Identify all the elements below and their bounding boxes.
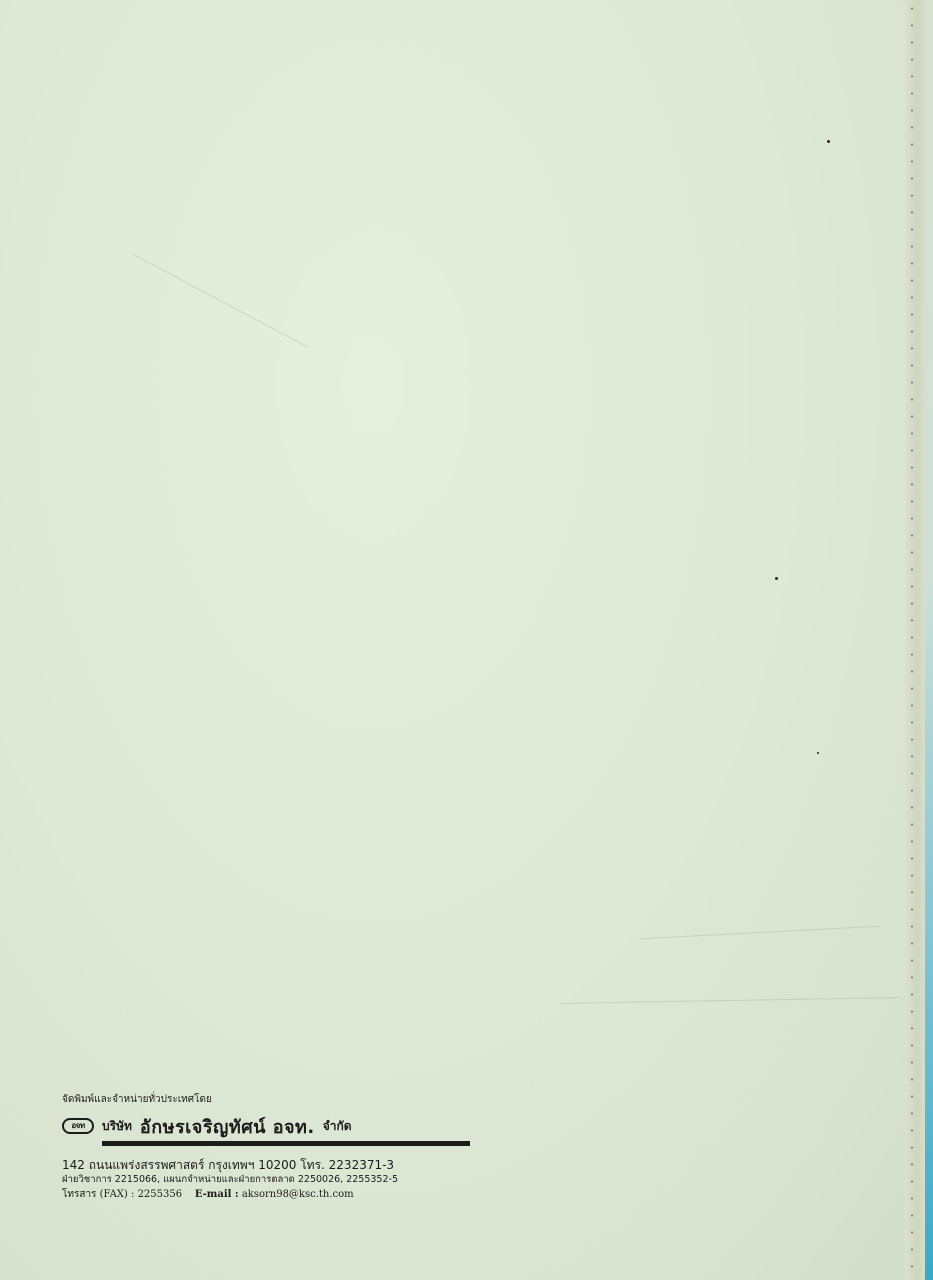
paper-speck bbox=[775, 577, 778, 580]
contact-line: โทรสาร (FAX) : 2255356 E-mail : aksorn98… bbox=[62, 1187, 482, 1202]
paper-crease bbox=[131, 253, 308, 348]
gear-logo-icon: อจท bbox=[62, 1118, 94, 1134]
back-cover bbox=[0, 0, 933, 1280]
publisher-tagline: จัดพิมพ์และจำหน่ายทั่วประเทศโดย bbox=[62, 1093, 482, 1107]
publisher-address: 142 ถนนแพร่งสรรพศาสตร์ กรุงเทพฯ 10200 โท… bbox=[62, 1157, 482, 1173]
paper-crease bbox=[640, 926, 880, 940]
company-name: อักษรเจริญทัศน์ อจท. bbox=[140, 1112, 315, 1141]
email-address: aksorn98@ksc.th.com bbox=[242, 1189, 354, 1200]
fax-number: 2255356 bbox=[138, 1189, 183, 1200]
company-suffix: จำกัด bbox=[323, 1117, 352, 1136]
paper-speck bbox=[827, 140, 830, 143]
paper-crease bbox=[560, 997, 900, 1004]
paper-speck bbox=[817, 752, 819, 754]
fax-label: โทรสาร (FAX) : bbox=[62, 1189, 134, 1200]
staple-holes bbox=[910, 0, 914, 1280]
department-phones: ฝ่ายวิชาการ 2215066, แผนกจำหน่ายและฝ่ายก… bbox=[62, 1173, 482, 1187]
company-row: อจท บริษัท อักษรเจริญทัศน์ อจท. จำกัด bbox=[62, 1113, 482, 1139]
divider-rule bbox=[102, 1141, 470, 1146]
spine-fold bbox=[905, 0, 925, 1280]
publisher-block: จัดพิมพ์และจำหน่ายทั่วประเทศโดย อจท บริษ… bbox=[62, 1093, 482, 1202]
page-edge bbox=[925, 0, 933, 1280]
email-label: E-mail : bbox=[195, 1189, 239, 1200]
company-prefix: บริษัท bbox=[102, 1117, 132, 1136]
